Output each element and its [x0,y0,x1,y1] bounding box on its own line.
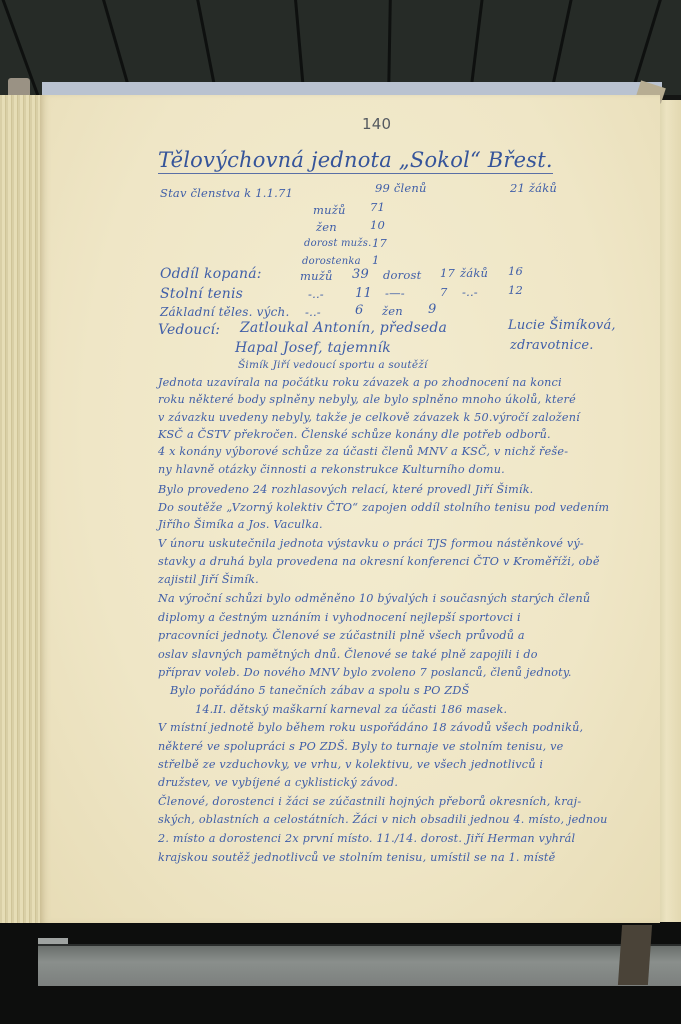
body-line: Členové, dorostenci i žáci se zúčastnili… [158,795,581,808]
section-value: 12 [508,283,523,297]
body-line: V místní jednotě bylo během roku uspořád… [158,721,583,734]
page-number: 140 [362,115,391,133]
body-line: Na výroční schůzi bylo odměněno 10 býval… [158,592,590,605]
section-value: 16 [508,264,523,278]
body-line: stavky a druhá byla provedena na okresní… [158,555,600,568]
section-value: 9 [428,302,436,317]
body-line: Do soutěže „Vzorný kolektiv ČTO“ zapojen… [158,501,609,514]
body-line: ny hlavně otázky činnosti a rekonstrukce… [158,463,505,476]
section-col: dorost [383,268,421,282]
breakdown-label: žen [316,220,337,234]
leaders-label: Vedoucí: [158,322,220,338]
section-value: 17 [440,266,455,280]
membership-label: Stav členstva k 1.1.71 [160,186,293,200]
body-line: Jiřího Šimíka a Jos. Vaculka. [158,518,323,531]
leader-line: Zatloukal Antonín, předseda [240,320,447,336]
body-line: V únoru uskutečnila jednota výstavku o p… [158,537,584,550]
book-cover-edge [42,82,662,96]
body-line: 2. místo a dorostenci 2x první místo. 11… [158,832,575,845]
section-col: -..- [305,305,321,319]
body-line: Bylo pořádáno 5 tanečních zábav a spolu … [170,684,469,697]
section-value: 11 [355,286,372,301]
section-value: 6 [355,303,363,318]
scanner-tray [38,944,681,986]
breakdown-label: mužů [313,203,346,217]
membership-total: 99 členů [375,181,427,195]
background-ceiling [0,0,681,95]
book-page-stack [0,95,44,923]
body-line: krajskou soutěž jednotlivců ve stolním t… [158,851,555,864]
body-line: pracovníci jednoty. Členové se zúčastnil… [158,629,525,642]
body-line: družstev, ve vybíjené a cyklistický závo… [158,776,398,789]
body-line: KSČ a ČSTV překročen. Členské schůze kon… [158,428,551,441]
leader-line: Šimík Jiří vedoucí sportu a soutěží [238,359,428,371]
page-title: Tělovýchovná jednota „Sokol“ Břest. [158,148,553,174]
body-line: střelbě ze vzduchovky, ve vrhu, v kolekt… [158,758,543,771]
body-line: některé ve spolupráci s PO ZDŠ. Byly to … [158,740,563,753]
medic-name: Lucie Šimíková, [508,318,616,333]
bookmark-ribbon [618,925,652,985]
section-col: -..- [308,287,324,301]
section-name: Stolní tenis [160,286,243,302]
section-col: žáků [460,266,488,280]
breakdown-value: 17 [372,236,387,250]
body-line: roku některé body splněny nebyly, ale by… [158,393,576,406]
section-col: mužů [300,269,333,283]
breakdown-label: dorostenka [302,256,361,267]
body-line: Jednota uzavírala na počátku roku závaze… [158,376,562,389]
body-line: v závazku uvedeny nebyly, takže je celko… [158,411,580,424]
body-line: 14.II. dětský maškarní karneval za účast… [195,703,507,716]
body-line: ských, oblastních a celostátních. Žáci v… [158,813,608,826]
section-col: -..- [462,285,478,299]
medic-role: zdravotnice. [510,338,594,353]
section-value: 7 [440,285,448,299]
breakdown-value: 10 [370,218,385,232]
breakdown-value: 1 [372,253,380,267]
section-value: 39 [352,267,369,282]
body-line: diplomy a čestným uznáním i vyhodnocení … [158,611,521,624]
body-line: příprav voleb. Do nového MNV bylo zvolen… [158,666,572,679]
membership-pupils: 21 žáků [510,181,557,195]
section-name: Oddíl kopaná: [160,266,262,282]
breakdown-label: dorost mužs. [304,238,371,249]
section-name: Základní těles. vých. [160,305,290,319]
body-line: zajistil Jiří Šimík. [158,573,259,586]
breakdown-value: 71 [370,200,385,214]
body-line: oslav slavných pamětných dnů. Členové se… [158,648,538,661]
section-col: -—- [385,286,405,300]
body-line: 4 x konány výborové schůze za účasti čle… [158,445,568,458]
leader-line: Hapal Josef, tajemník [235,340,391,356]
section-col: žen [382,304,403,318]
body-line: Bylo provedeno 24 rozhlasových relací, k… [158,483,533,496]
